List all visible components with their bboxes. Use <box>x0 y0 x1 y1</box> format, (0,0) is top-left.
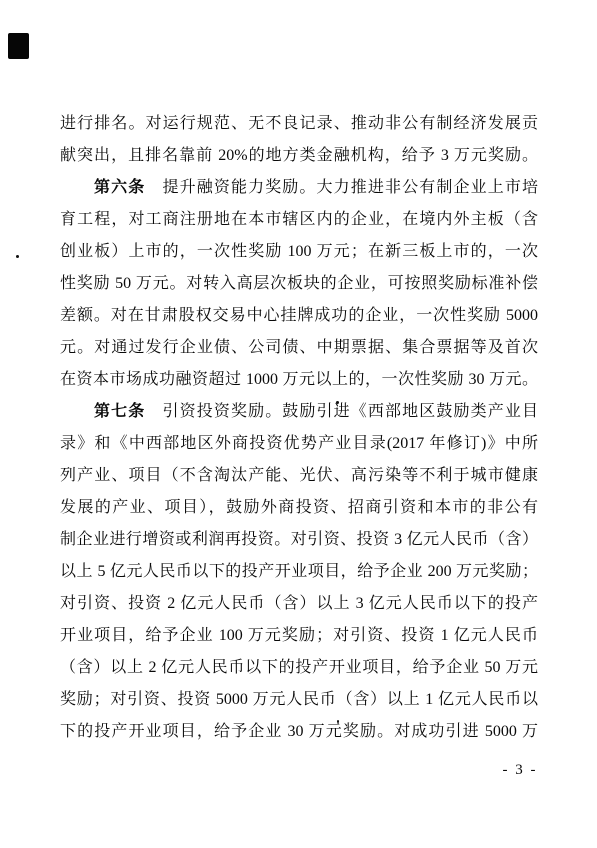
document-body: 进行排名。对运行规范、无不良记录、推动非公有制经济发展贡 献突出，且排名靠前 2… <box>60 108 538 748</box>
text-line: 以上 5 亿元人民币以下的投产开业项目，给予企业 200 万元奖励； <box>60 556 538 588</box>
text-line: 性奖励 50 万元。对转入高层次板块的企业，可按照奖励标准补偿 <box>60 268 538 300</box>
text-line: 对引资、投资 2 亿元人民币（含）以上 3 亿元人民币以下的投产 <box>60 588 538 620</box>
text-line: 奖励；对引资、投资 5000 万元人民币（含）以上 1 亿元人民币以 <box>60 684 538 716</box>
text-line: 下的投产开业项目，给予企业 30 万元奖励。对成功引进 5000 万 <box>60 716 538 748</box>
text-line: 在资本市场成功融资超过 1000 万元以上的，一次性奖励 30 万元。 <box>60 364 538 396</box>
text-line: 录》和《中西部地区外商投资优势产业目录(2017 年修订)》中所 <box>60 428 538 460</box>
text-line: 育工程，对工商注册地在本市辖区内的企业，在境内外主板（含 <box>60 204 538 236</box>
scan-corner-mark <box>8 33 29 59</box>
text-line: 差额。对在甘肃股权交易中心挂牌成功的企业，一次性奖励 5000 <box>60 300 538 332</box>
text-line: 元。对通过发行企业债、公司债、中期票据、集合票据等及首次 <box>60 332 538 364</box>
text-line: 发展的产业、项目），鼓励外商投资、招商引资和本市的非公有 <box>60 492 538 524</box>
text-line: 进行排名。对运行规范、无不良记录、推动非公有制经济发展贡 <box>60 108 538 140</box>
text-line: 开业项目，给予企业 100 万元奖励；对引资、投资 1 亿元人民币 <box>60 620 538 652</box>
text-line: 创业板）上市的，一次性奖励 100 万元；在新三板上市的，一次 <box>60 236 538 268</box>
text-line: 献突出，且排名靠前 20%的地方类金融机构，给予 3 万元奖励。 <box>60 140 538 172</box>
text-line: 制企业进行增资或利润再投资。对引资、投资 3 亿元人民币（含） <box>60 524 538 556</box>
document-page: 进行排名。对运行规范、无不良记录、推动非公有制经济发展贡 献突出，且排名靠前 2… <box>0 0 597 848</box>
text-line-article-7-heading: 第七条 引资投资奖励。鼓励引进《西部地区鼓励类产业目 <box>60 396 538 428</box>
text-line-article-6-heading: 第六条 提升融资能力奖励。大力推进非公有制企业上市培 <box>60 172 538 204</box>
text-line: 列产业、项目（不含淘汰产能、光伏、高污染等不利于城市健康 <box>60 460 538 492</box>
text-line: （含）以上 2 亿元人民币以下的投产开业项目，给予企业 50 万元 <box>60 652 538 684</box>
scan-speck <box>16 255 19 258</box>
page-number: - 3 - <box>497 762 543 779</box>
